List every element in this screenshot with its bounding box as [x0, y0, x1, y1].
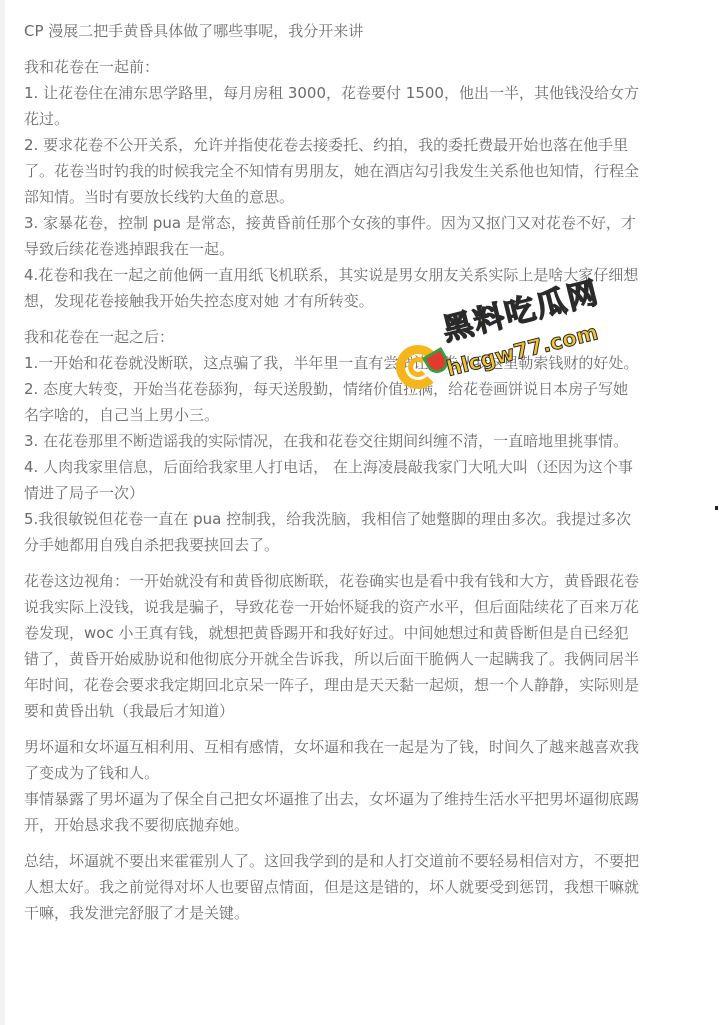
perspective-line-2: 说我实际上没钱，说我是骗子，导致花卷一开始怀疑我的资产水平，但后面陆续花了百来万… [24, 594, 684, 620]
after-item-4-line-1: 4. 人肉我家里信息，后面给我家里人打电话， 在上海凌晨敲我家门大吼大叫（还因为… [24, 454, 684, 480]
mutual-line-1: 男坏逼和女坏逼互相利用、互相有感情，女坏逼和我在一起是为了钱，时间久了越来越喜欢… [24, 734, 684, 760]
mutual-line-3: 事情暴露了男坏逼为了保全自己把女坏逼推了出去，女坏逼为了维持生活水平把男坏逼彻底… [24, 786, 684, 812]
section-before: 我和花卷在一起前： 1. 让花卷住在浦东思学路里，每月房租 3000，花卷要付 … [24, 54, 684, 314]
section-after: 我和花卷在一起之后： 1.一开始和花卷就没断联，这点骗了我，半年里一直有尝试让花… [24, 324, 684, 558]
article-body: CP 漫展二把手黄昏具体做了哪些事呢，我分开来讲 我和花卷在一起前： 1. 让花… [24, 18, 684, 936]
before-item-1-line-1: 1. 让花卷住在浦东思学路里，每月房租 3000，花卷要付 1500，他出一半，… [24, 80, 684, 106]
intro-paragraph: CP 漫展二把手黄昏具体做了哪些事呢，我分开来讲 [24, 18, 684, 44]
perspective-line-3: 卷发现，woc 小王真有钱，就想把黄昏踢开和我好好过。中间她想过和黄昏断但是自已… [24, 620, 684, 646]
perspective-paragraph: 花卷这边视角：一开始就没有和黄昏彻底断联，花卷确实也是看中我有钱和大方，黄昏跟花… [24, 568, 684, 724]
perspective-line-1: 花卷这边视角：一开始就没有和黄昏彻底断联，花卷确实也是看中我有钱和大方，黄昏跟花… [24, 568, 684, 594]
before-item-2-line-2: 了。花卷当时钓我的时候我完全不知情有男朋友，她在酒店勾引我发生关系他也知情，行程… [24, 158, 684, 184]
perspective-line-6: 要和黄昏出轨（我最后才知道） [24, 698, 684, 724]
section-before-heading: 我和花卷在一起前： [24, 54, 684, 80]
left-edge-strip [0, 0, 5, 1025]
after-item-5-line-1: 5.我很敏锐但花卷一直在 pua 控制我，给我洗脑，我相信了她蹩脚的理由多次。我… [24, 506, 684, 532]
after-item-1-line-1: 1.一开始和花卷就没断联，这点骗了我，半年里一直有尝试让花卷从我这里勒索钱财的好… [24, 350, 684, 376]
mutual-paragraph: 男坏逼和女坏逼互相利用、互相有感情，女坏逼和我在一起是为了钱，时间久了越来越喜欢… [24, 734, 684, 838]
after-item-2-line-1: 2. 态度大转变，开始当花卷舔狗，每天送殷勤，情绪价值拉满，给花卷画饼说日本房子… [24, 376, 684, 402]
before-item-3-line-1: 3. 家暴花卷，控制 pua 是常态，接黄昏前任那个女孩的事件。因为又抠门又对花… [24, 210, 684, 236]
after-item-2-line-2: 名字啥的，自己当上男小三。 [24, 402, 684, 428]
mutual-line-4: 开，开始恳求我不要彻底抛弃她。 [24, 812, 684, 838]
before-item-1-line-2: 花过。 [24, 106, 684, 132]
summary-line-3: 干嘛，我发泄完舒服了才是关键。 [24, 900, 684, 926]
before-item-4-line-1: 4.花卷和我在一起之前他俩一直用纸飞机联系，其实说是男女朋友关系实际上是啥大家仔… [24, 262, 684, 288]
summary-paragraph: 总结，坏逼就不要出来霍霍别人了。这回我学到的是和人打交道前不要轻易相信对方，不要… [24, 848, 684, 926]
after-item-4-line-2: 情进了局子一次） [24, 480, 684, 506]
perspective-line-4: 错了，黄昏开始威胁说和他彻底分开就全告诉我，所以后面干脆俩人一起瞒我了。我俩同居… [24, 646, 684, 672]
perspective-line-5: 年时间，花卷会要求我定期回北京呆一阵子，理由是天天黏一起烦，想一个人静静，实际则… [24, 672, 684, 698]
section-after-heading: 我和花卷在一起之后： [24, 324, 684, 350]
intro-text: CP 漫展二把手黄昏具体做了哪些事呢，我分开来讲 [24, 18, 684, 44]
before-item-2-line-3: 部知情。当时有要放长线钓大鱼的意思。 [24, 184, 684, 210]
before-item-2-line-1: 2. 要求花卷不公开关系，允许并指使花卷去接委托、约拍，我的委托费最开始也落在他… [24, 132, 684, 158]
after-item-3-line-1: 3. 在花卷那里不断造谣我的实际情况，在我和花卷交往期间纠缠不清，一直暗地里挑事… [24, 428, 684, 454]
mutual-line-2: 了变成为了钱和人。 [24, 760, 684, 786]
summary-line-2: 人想太好。我之前觉得对坏人也要留点情面，但是这是错的，坏人就要受到惩罚，我想干嘛… [24, 874, 684, 900]
stray-dot [715, 506, 718, 510]
after-item-5-line-2: 分手她都用自残自杀把我要挟回去了。 [24, 532, 684, 558]
summary-line-1: 总结，坏逼就不要出来霍霍别人了。这回我学到的是和人打交道前不要轻易相信对方，不要… [24, 848, 684, 874]
before-item-4-line-2: 想，发现花卷接触我开始失控态度对她 才有所转变。 [24, 288, 684, 314]
before-item-3-line-2: 导致后续花卷逃掉跟我在一起。 [24, 236, 684, 262]
